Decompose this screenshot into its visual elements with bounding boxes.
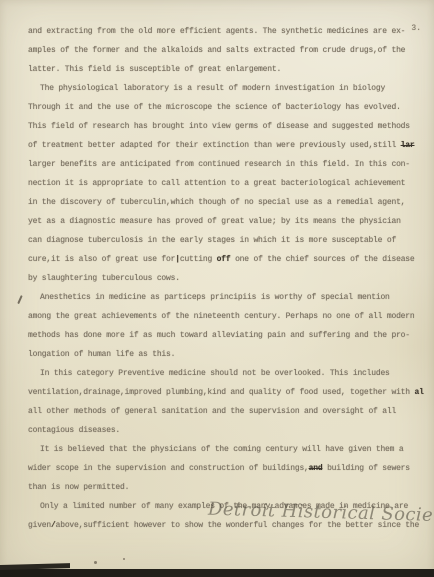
text-segment: Anesthetics in medicine as particeps pri…	[40, 293, 390, 302]
text-line: It is believed that the physicians of th…	[28, 440, 430, 459]
typewritten-text: and extracting from the old more efficie…	[28, 22, 430, 535]
text-line: methods has done more if as much toward …	[28, 326, 430, 345]
text-segment: ventilation,drainage,improved plumbing,k…	[28, 388, 414, 397]
text-segment: building of sewers	[322, 464, 409, 473]
text-line: given/above,sufficient however to show t…	[28, 516, 430, 535]
paper-speck	[123, 558, 125, 560]
text-line: Anesthetics in medicine as particeps pri…	[28, 288, 430, 307]
text-segment: It is believed that the physicians of th…	[40, 445, 403, 454]
scanned-document-page: 3. and extracting from the old more effi…	[0, 0, 434, 577]
text-segment: al	[414, 388, 423, 397]
pen-mark	[17, 295, 22, 304]
text-line: latter. This field is susceptible of gre…	[28, 60, 430, 79]
text-line: wider scope in the supervision and const…	[28, 459, 430, 478]
text-segment: This field of research has brought into …	[28, 122, 410, 131]
text-segment: In this category Preventive medicine sho…	[40, 369, 390, 378]
text-segment: by slaughtering tuberculous cows.	[28, 274, 180, 283]
text-segment: larger benefits are anticipated from con…	[28, 160, 410, 169]
text-segment: methods has done more if as much toward …	[28, 331, 410, 340]
text-line: can diagnose tuberculosis in the early s…	[28, 231, 430, 250]
text-line: This field of research has brought into …	[28, 117, 430, 136]
text-segment: among the great achievements of the nine…	[28, 312, 414, 321]
text-segment: cutting	[180, 255, 217, 264]
text-line: of treatment better adapted for their ex…	[28, 136, 430, 155]
text-segment: longation of human life as this.	[28, 350, 175, 359]
text-line: all other methods of general sanitation …	[28, 402, 430, 421]
text-segment: latter. This field is susceptible of gre…	[28, 65, 281, 74]
paper-speck	[94, 561, 97, 564]
text-segment: can diagnose tuberculosis in the early s…	[28, 236, 396, 245]
text-line: and extracting from the old more efficie…	[28, 22, 430, 41]
text-segment: cure,it is also of great use for	[28, 255, 175, 264]
text-segment: off	[217, 255, 231, 264]
text-segment: given	[28, 521, 51, 530]
text-segment: yet as a diagnostic measure has proved o…	[28, 217, 401, 226]
text-line: longation of human life as this.	[28, 345, 430, 364]
text-line: by slaughtering tuberculous cows.	[28, 269, 430, 288]
text-segment: in the discovery of tuberculin,which tho…	[28, 198, 405, 207]
text-line: larger benefits are anticipated from con…	[28, 155, 430, 174]
text-segment: lar	[401, 141, 415, 150]
text-segment: wider scope in the supervision and const…	[28, 464, 309, 473]
text-line: nection it is appropriate to call attent…	[28, 174, 430, 193]
text-line: yet as a diagnostic measure has proved o…	[28, 212, 430, 231]
text-segment: one of the chief sources of the disease	[230, 255, 414, 264]
scan-edge	[0, 569, 434, 577]
text-segment: Through it and the use of the microscope…	[28, 103, 401, 112]
text-line: cure,it is also of great use for|cutting…	[28, 250, 430, 269]
text-segment: and extracting from the old more efficie…	[28, 27, 405, 36]
text-line: in the discovery of tuberculin,which tho…	[28, 193, 430, 212]
text-line: contagious diseases.	[28, 421, 430, 440]
text-segment: Only a limited number of many examples o…	[40, 502, 408, 511]
text-segment: and	[309, 464, 323, 473]
text-segment: contagious diseases.	[28, 426, 120, 435]
text-segment: amples of the former and the alkaloids a…	[28, 46, 405, 55]
text-line: Only a limited number of many examples o…	[28, 497, 430, 516]
text-line: than is now permitted.	[28, 478, 430, 497]
text-line: ventilation,drainage,improved plumbing,k…	[28, 383, 430, 402]
text-segment: The physiological laboratory is a result…	[40, 84, 385, 93]
text-segment: than is now permitted.	[28, 483, 129, 492]
text-line: The physiological laboratory is a result…	[28, 79, 430, 98]
text-line: In this category Preventive medicine sho…	[28, 364, 430, 383]
text-line: among the great achievements of the nine…	[28, 307, 430, 326]
text-segment: above,sufficient however to show the won…	[56, 521, 419, 530]
text-segment: nection it is appropriate to call attent…	[28, 179, 405, 188]
text-segment: of treatment better adapted for their ex…	[28, 141, 401, 150]
text-segment: all other methods of general sanitation …	[28, 407, 396, 416]
text-line: amples of the former and the alkaloids a…	[28, 41, 430, 60]
text-line: Through it and the use of the microscope…	[28, 98, 430, 117]
